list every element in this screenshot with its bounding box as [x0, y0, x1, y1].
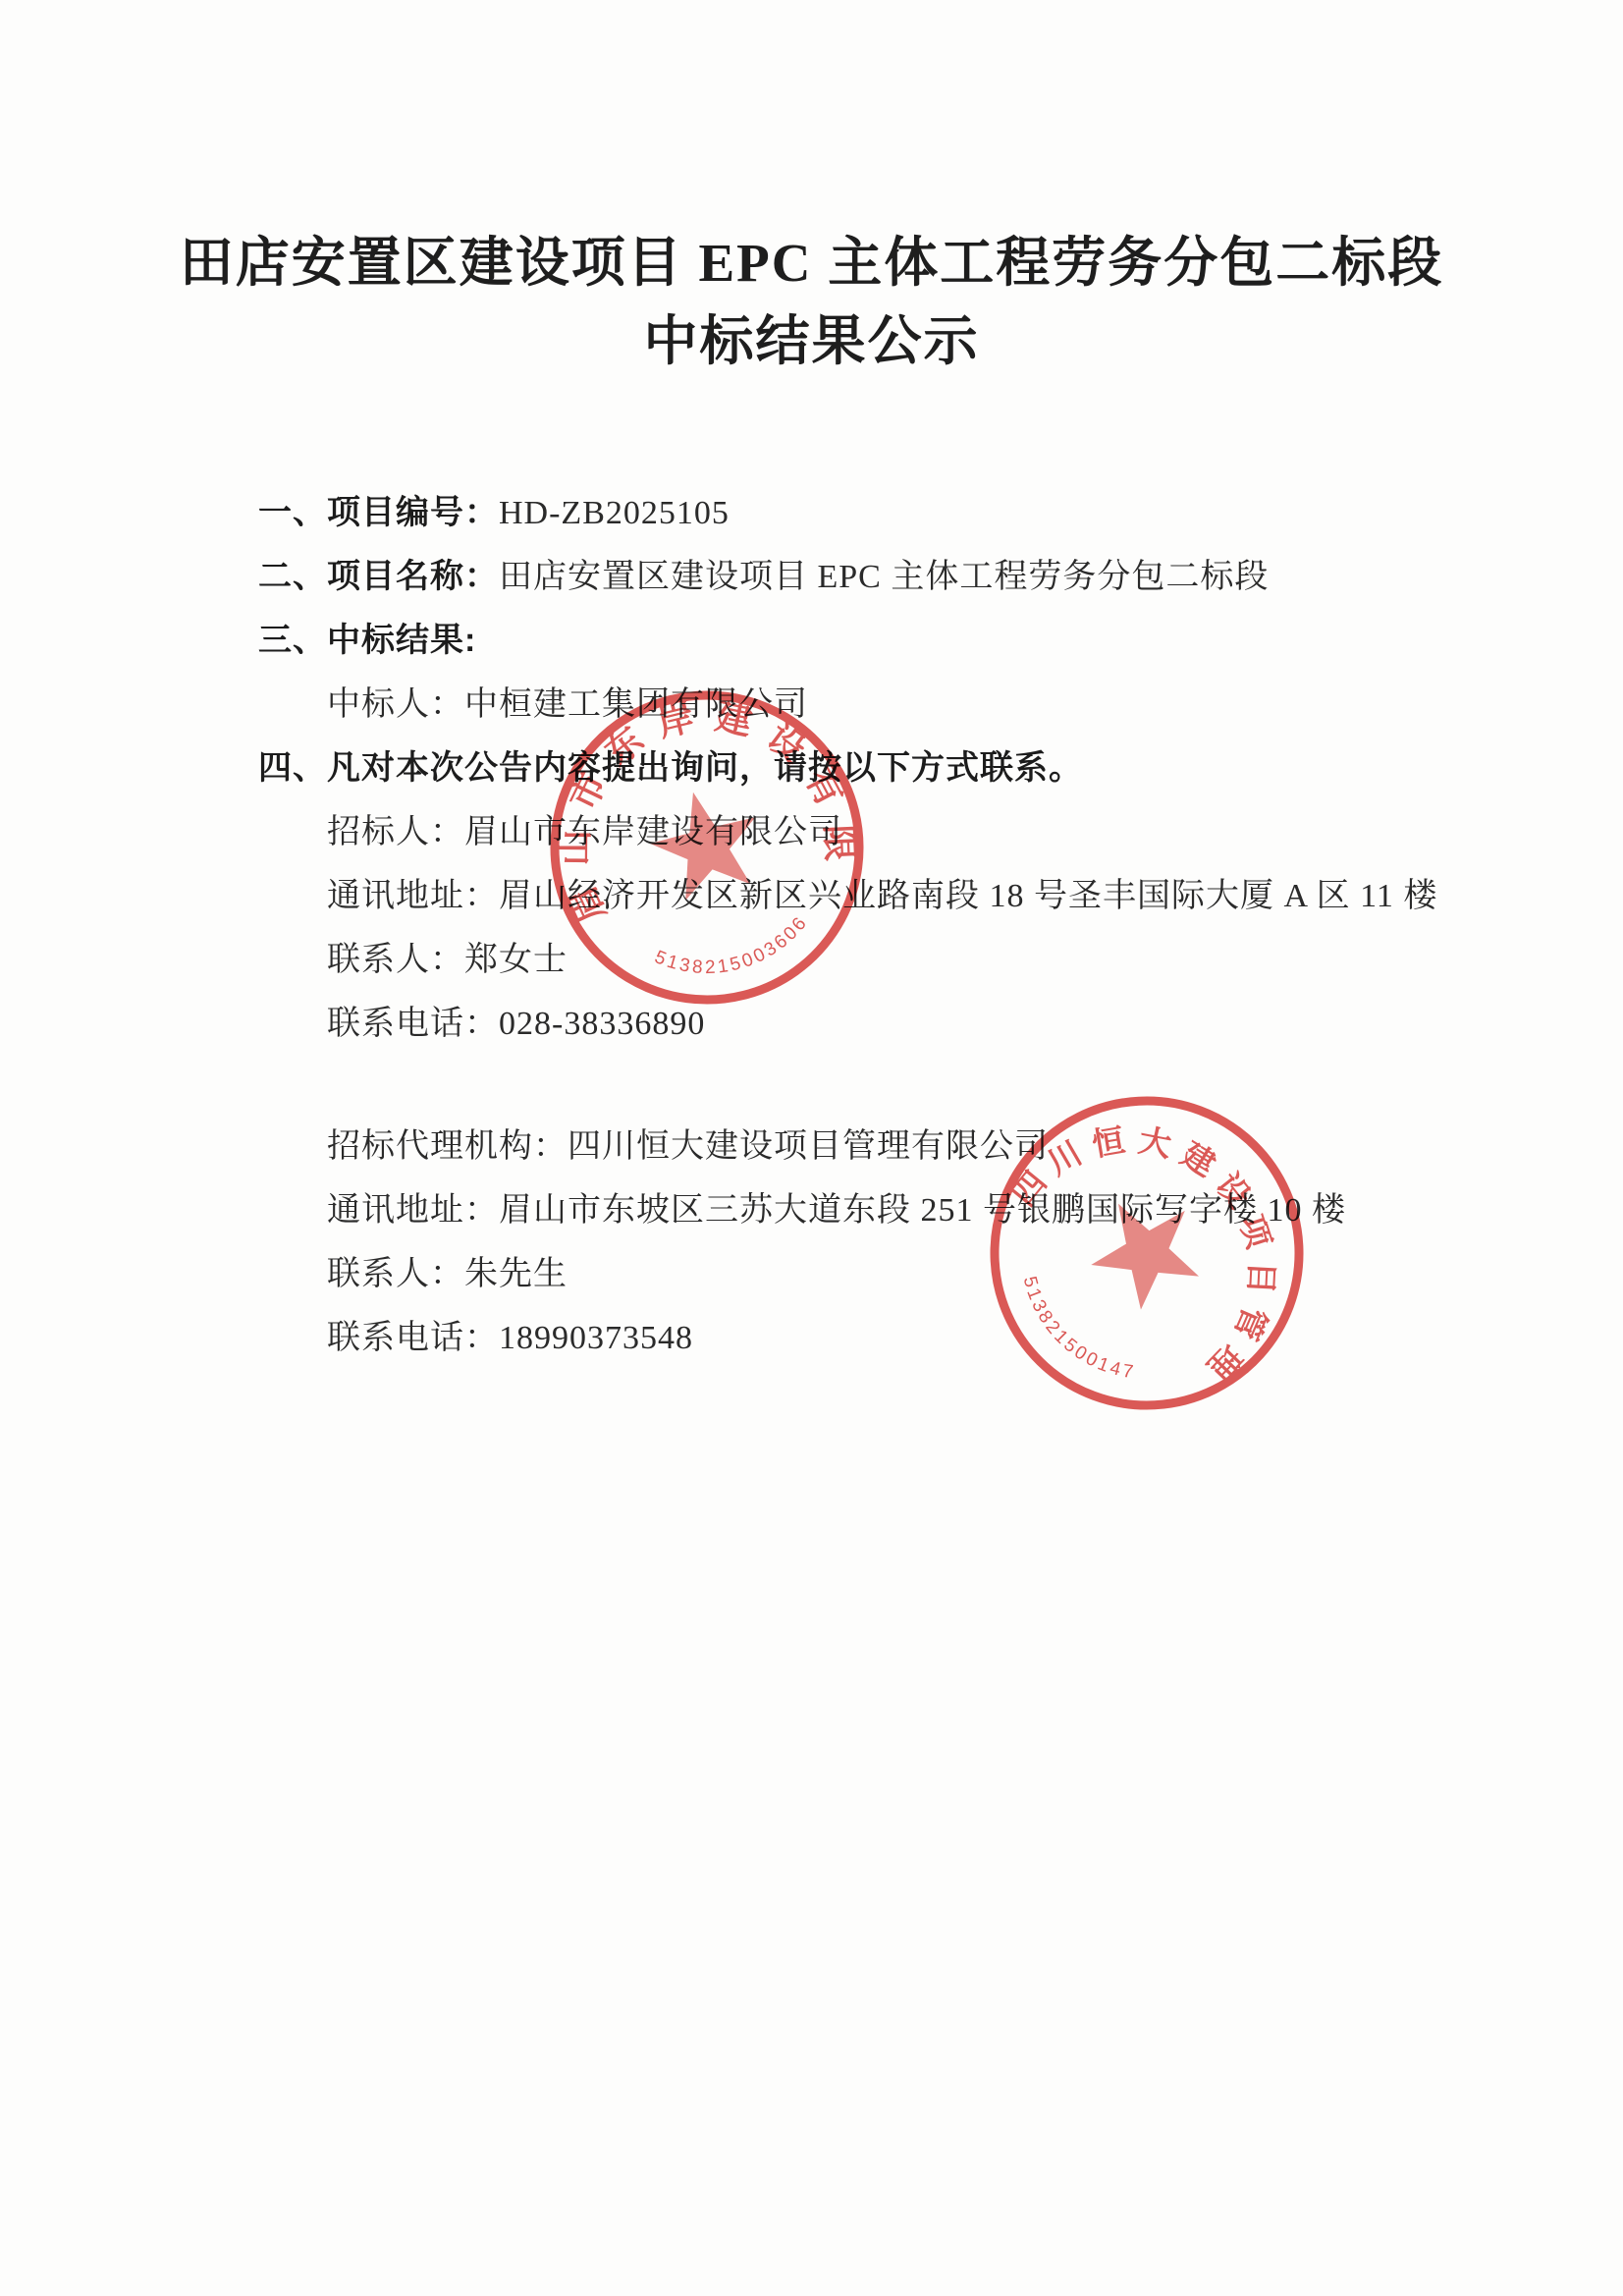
line-agency-contact: 联系人：朱先生 — [0, 1242, 1623, 1306]
line-project-number: 一、项目编号：HD-ZB2025105 — [0, 481, 1623, 545]
page-title: 田店安置区建设项目 EPC 主体工程劳务分包二标段 中标结果公示 — [0, 224, 1623, 381]
line-agency-address: 通讯地址：眉山市东坡区三苏大道东段 251 号银鹏国际写字楼 10 楼 — [0, 1178, 1623, 1242]
line-agency-phone: 联系电话：18990373548 — [0, 1306, 1623, 1370]
line-agency: 招标代理机构：四川恒大建设项目管理有限公司 — [0, 1115, 1623, 1178]
title-line-2: 中标结果公示 — [0, 302, 1623, 381]
line-tenderer-contact: 联系人：郑女士 — [0, 928, 1623, 992]
line-tenderer-address: 通讯地址：眉山经济开发区新区兴业路南段 18 号圣丰国际大厦 A 区 11 楼 — [0, 864, 1623, 928]
line-contact-intro: 四、凡对本次公告内容提出询问，请按以下方式联系。 — [0, 737, 1623, 800]
line-bid-result-heading: 三、中标结果: — [0, 609, 1623, 673]
line-tenderer-phone: 联系电话：028-38336890 — [0, 992, 1623, 1056]
line-tenderer: 招标人：眉山市东岸建设有限公司 — [0, 800, 1623, 864]
line-project-name: 二、项目名称：田店安置区建设项目 EPC 主体工程劳务分包二标段 — [0, 545, 1623, 609]
document-body: 一、项目编号：HD-ZB2025105 二、项目名称：田店安置区建设项目 EPC… — [0, 481, 1623, 1370]
line-winner: 中标人：中桓建工集团有限公司 — [0, 673, 1623, 737]
title-line-1: 田店安置区建设项目 EPC 主体工程劳务分包二标段 — [0, 224, 1623, 302]
document-page: 田店安置区建设项目 EPC 主体工程劳务分包二标段 中标结果公示 一、项目编号：… — [0, 0, 1623, 2296]
